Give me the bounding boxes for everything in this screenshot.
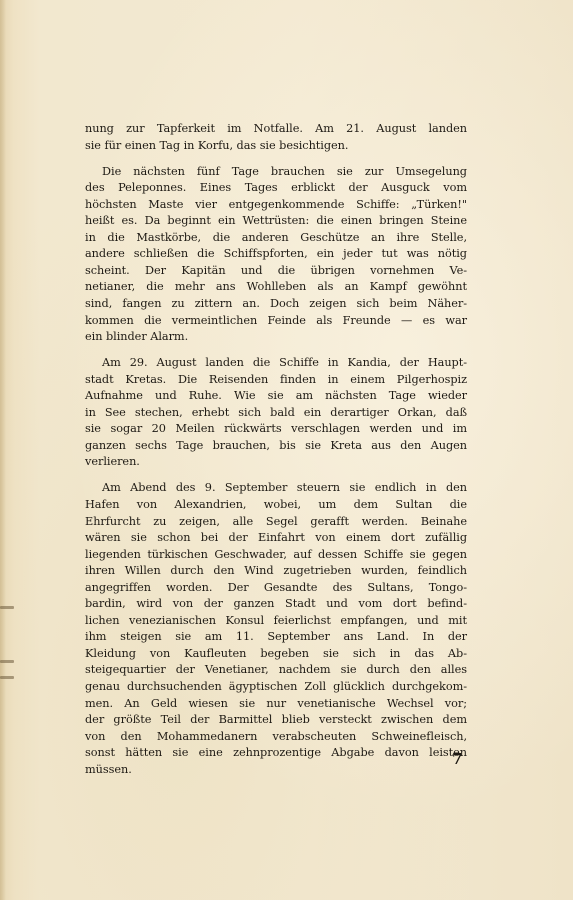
text-line: höchsten Maste vier entgegenkommende Sch… [85,197,467,214]
text-line: Am 29. August landen die Schiffe in Kand… [85,355,467,372]
text-line: der größte Teil der Barmittel blieb vers… [85,712,467,729]
text-line: lichen venezianischen Konsul feierlichst… [85,613,467,630]
text-line: liegenden türkischen Geschwader, auf des… [85,547,467,564]
text-line: men. An Geld wiesen sie nur venetianisch… [85,696,467,713]
text-line: sind, fangen zu zittern an. Doch zeigen … [85,296,467,313]
paragraph: Am Abend des 9. September steuern sie en… [85,480,467,778]
text-line: wären sie schon bei der Einfahrt von ein… [85,530,467,547]
text-line: genau durchsuchenden ägyptischen Zoll gl… [85,679,467,696]
binding-mark [0,660,14,663]
text-line: Hafen von Alexandrien, wobei, um dem Sul… [85,497,467,514]
book-page: nung zur Tapferkeit im Notfalle. Am 21. … [0,0,573,900]
body-text: nung zur Tapferkeit im Notfalle. Am 21. … [85,121,467,788]
text-line: bardin, wird von der ganzen Stadt und vo… [85,596,467,613]
binding-mark [0,606,14,609]
text-line: nung zur Tapferkeit im Notfalle. Am 21. … [85,121,467,138]
text-line: müssen. [85,762,467,779]
text-line: von den Mohammedanern verabscheuten Schw… [85,729,467,746]
text-line: des Peleponnes. Eines Tages erblickt der… [85,180,467,197]
text-line: sie für einen Tag in Korfu, das sie besi… [85,138,467,155]
text-line: sonst hätten sie eine zehnprozentige Abg… [85,745,467,762]
page-spine-edge [0,0,6,900]
text-line: stadt Kretas. Die Reisenden finden in ei… [85,372,467,389]
text-line: verlieren. [85,454,467,471]
text-line: ihren Willen durch den Wind zugetrieben … [85,563,467,580]
text-line: Am Abend des 9. September steuern sie en… [85,480,467,497]
text-line: Aufnahme und Ruhe. Wie sie am nächsten T… [85,388,467,405]
text-line: Kleidung von Kaufleuten begeben sie sich… [85,646,467,663]
text-line: heißt es. Da beginnt ein Wettrüsten: die… [85,213,467,230]
text-line: Ehrfurcht zu zeigen, alle Segel gerafft … [85,514,467,531]
paragraph: Die nächsten fünf Tage brauchen sie zur … [85,164,467,346]
text-line: netianer, die mehr ans Wohlleben als an … [85,279,467,296]
binding-mark [0,676,14,679]
paragraph: nung zur Tapferkeit im Notfalle. Am 21. … [85,121,467,154]
text-line: kommen die vermeintlichen Feinde als Fre… [85,313,467,330]
text-line: Die nächsten fünf Tage brauchen sie zur … [85,164,467,181]
text-line: ihm steigen sie am 11. September ans Lan… [85,629,467,646]
text-line: scheint. Der Kapitän und die übrigen vor… [85,263,467,280]
text-line: in die Mastkörbe, die anderen Geschütze … [85,230,467,247]
text-line: ein blinder Alarm. [85,329,467,346]
text-line: angegriffen worden. Der Gesandte des Sul… [85,580,467,597]
text-line: in See stechen, erhebt sich bald ein der… [85,405,467,422]
text-line: andere schließen die Schiffspforten, ein… [85,246,467,263]
page-number: 7 [452,750,462,768]
paragraph: Am 29. August landen die Schiffe in Kand… [85,355,467,471]
text-line: sie sogar 20 Meilen rückwärts verschlage… [85,421,467,438]
text-line: ganzen sechs Tage brauchen, bis sie Kret… [85,438,467,455]
text-line: steigequartier der Venetianer, nachdem s… [85,662,467,679]
